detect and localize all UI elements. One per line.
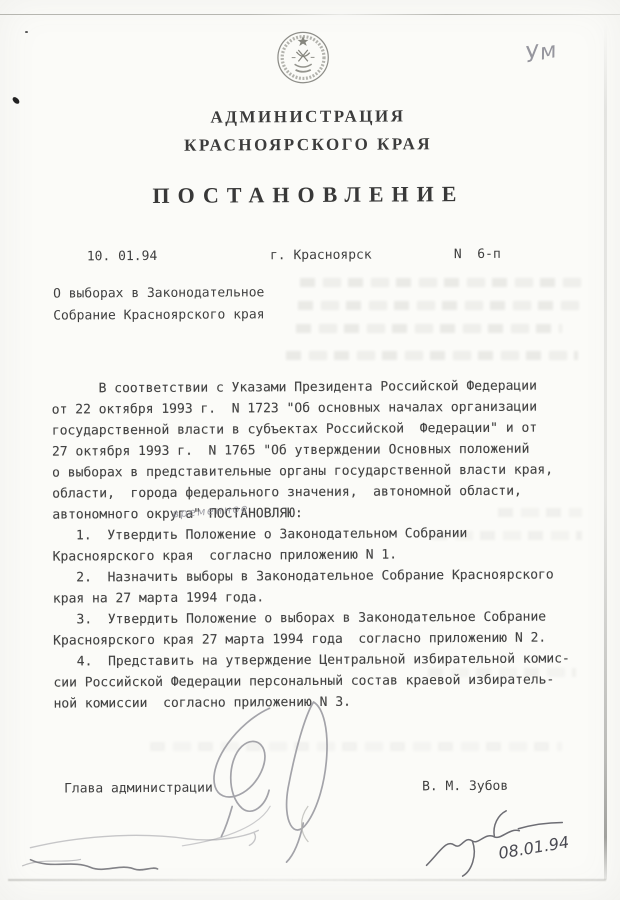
signature-block: Глава администрации В. М. Зубов (54, 778, 594, 781)
document-type-title: ПОСТАНОВЛЕНИЕ (0, 180, 619, 210)
document-place: г. Красноярск (51, 246, 591, 264)
document-body-text: В соответствии с Указами Президента Росс… (52, 375, 614, 714)
marginal-scrawl (22, 806, 270, 870)
main-signature-stroke (214, 702, 328, 863)
pencil-arc (301, 806, 308, 842)
org-name-line2: КРАСНОЯРСКОГО КРАЯ (0, 133, 618, 157)
document-subject: О выборах в Законодательное Собрание Кра… (53, 282, 265, 327)
document-meta-row: 10. 01.94 г. Красноярск N 6-п (51, 246, 591, 269)
reviewer-mark-handwriting: Ум (524, 38, 560, 68)
approval-signature-stroke (426, 810, 562, 876)
org-name-line1: АДМИНИСТРАЦИЯ (0, 105, 618, 129)
signatory-name: В. М. Зубов (422, 779, 508, 795)
approval-date-handwriting: 08.01.94 (497, 832, 570, 862)
coat-of-arms-icon (274, 29, 331, 90)
document-number: N 6-п (454, 247, 501, 262)
scanned-document-page: Ум АДМИНИСТРАЦИЯ КРАСНОЯРСКОГО КРАЯ ПОСТ… (0, 0, 620, 900)
signatory-title: Глава администрации (64, 781, 213, 797)
